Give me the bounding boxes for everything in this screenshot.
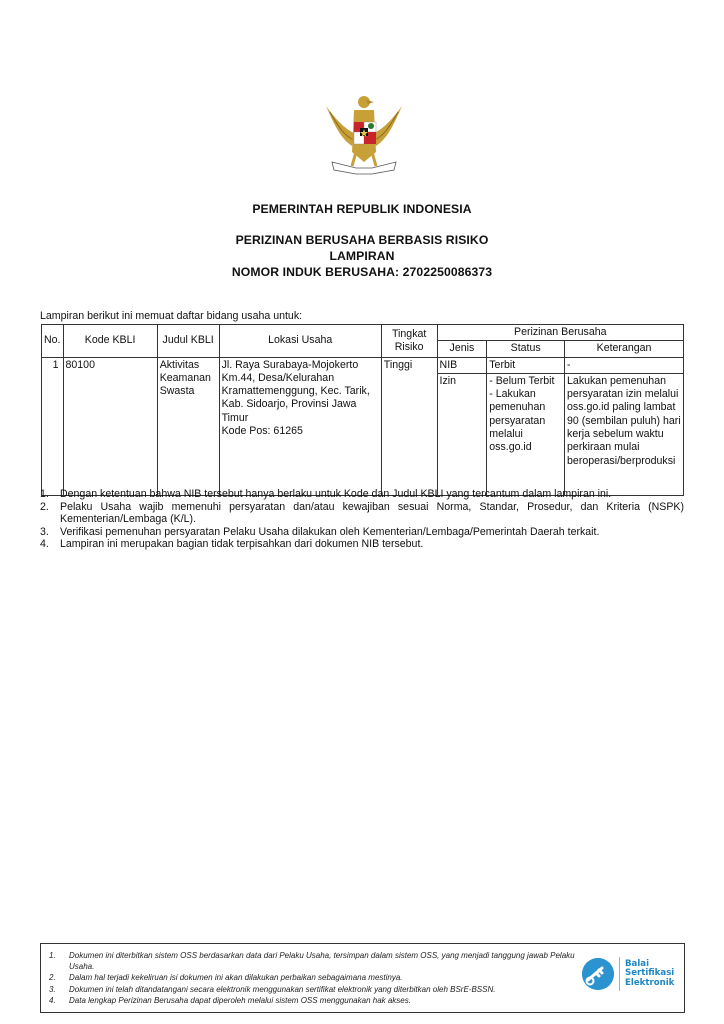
status-line: - Lakukan pemenuhan persyaratan melalui …	[489, 388, 562, 454]
document-subtitle: LAMPIRAN	[0, 249, 724, 263]
header-perizinan-berusaha: Perizinan Berusaha	[437, 325, 683, 341]
cell-status-nib: Terbit	[487, 357, 565, 373]
header-lokasi-usaha: Lokasi Usaha	[219, 325, 381, 358]
nib-number: NOMOR INDUK BERUSAHA: 2702250086373	[0, 265, 724, 279]
cell-no: 1	[42, 357, 64, 495]
table-header-row: No. Kode KBLI Judul KBLI Lokasi Usaha Ti…	[42, 325, 684, 341]
bsre-logo: Balai Sertifikasi Elektronik	[582, 952, 674, 996]
table-row: 1 80100 Aktivitas Keamanan Swasta Jl. Ra…	[42, 357, 684, 373]
footer-item: 4.Data lengkap Perizinan Berusaha dapat …	[49, 995, 579, 1006]
status-line: - Belum Terbit	[489, 375, 562, 388]
header-kode-kbli: Kode KBLI	[63, 325, 157, 358]
note-item: 3.Verifikasi pemenuhan persyaratan Pelak…	[40, 526, 684, 539]
header-no: No.	[42, 325, 64, 358]
logo-divider	[619, 957, 620, 991]
cell-status-izin: - Belum Terbit - Lakukan pemenuhan persy…	[487, 373, 565, 495]
cell-keterangan-nib: -	[565, 357, 684, 373]
cell-kode-kbli: 80100	[63, 357, 157, 495]
document-title: PERIZINAN BERUSAHA BERBASIS RISIKO	[0, 233, 724, 247]
garuda-emblem-icon	[316, 86, 412, 182]
cell-lokasi-usaha: Jl. Raya Surabaya-Mojokerto Km.44, Desa/…	[219, 357, 381, 495]
lokasi-address: Jl. Raya Surabaya-Mojokerto Km.44, Desa/…	[222, 359, 379, 425]
footer-item: 2.Dalam hal terjadi kekeliruan isi dokum…	[49, 972, 579, 983]
footer-disclaimer-box: 1.Dokumen ini diterbitkan sistem OSS ber…	[40, 943, 685, 1013]
intro-text: Lampiran berikut ini memuat daftar bidan…	[40, 310, 302, 322]
cell-keterangan-izin: Lakukan pemenuhan persyaratan izin melal…	[565, 373, 684, 495]
header-jenis: Jenis	[437, 341, 487, 357]
footer-item: 3.Dokumen ini telah ditandatangani secar…	[49, 984, 579, 995]
cell-judul-kbli: Aktivitas Keamanan Swasta	[157, 357, 219, 495]
footer-item: 1.Dokumen ini diterbitkan sistem OSS ber…	[49, 950, 579, 972]
government-heading: PEMERINTAH REPUBLIK INDONESIA	[0, 202, 724, 216]
notes-list: 1.Dengan ketentuan bahwa NIB tersebut ha…	[40, 488, 684, 551]
header-status: Status	[487, 341, 565, 357]
note-item: 1.Dengan ketentuan bahwa NIB tersebut ha…	[40, 488, 684, 501]
kbli-table: No. Kode KBLI Judul KBLI Lokasi Usaha Ti…	[41, 324, 684, 496]
bsre-wordmark: Balai Sertifikasi Elektronik	[625, 960, 674, 989]
footer-list: 1.Dokumen ini diterbitkan sistem OSS ber…	[49, 950, 579, 1006]
cell-tingkat-risiko: Tinggi	[381, 357, 437, 495]
header-tingkat-risiko: Tingkat Risiko	[381, 325, 437, 358]
header-keterangan: Keterangan	[565, 341, 684, 357]
bsre-key-icon	[582, 958, 614, 990]
note-item: 4.Lampiran ini merupakan bagian tidak te…	[40, 538, 684, 551]
lokasi-kode-pos: Kode Pos: 61265	[222, 425, 379, 438]
cell-jenis-izin: Izin	[437, 373, 487, 495]
cell-jenis-nib: NIB	[437, 357, 487, 373]
header-judul-kbli: Judul KBLI	[157, 325, 219, 358]
note-item: 2.Pelaku Usaha wajib memenuhi persyarata…	[40, 501, 684, 526]
